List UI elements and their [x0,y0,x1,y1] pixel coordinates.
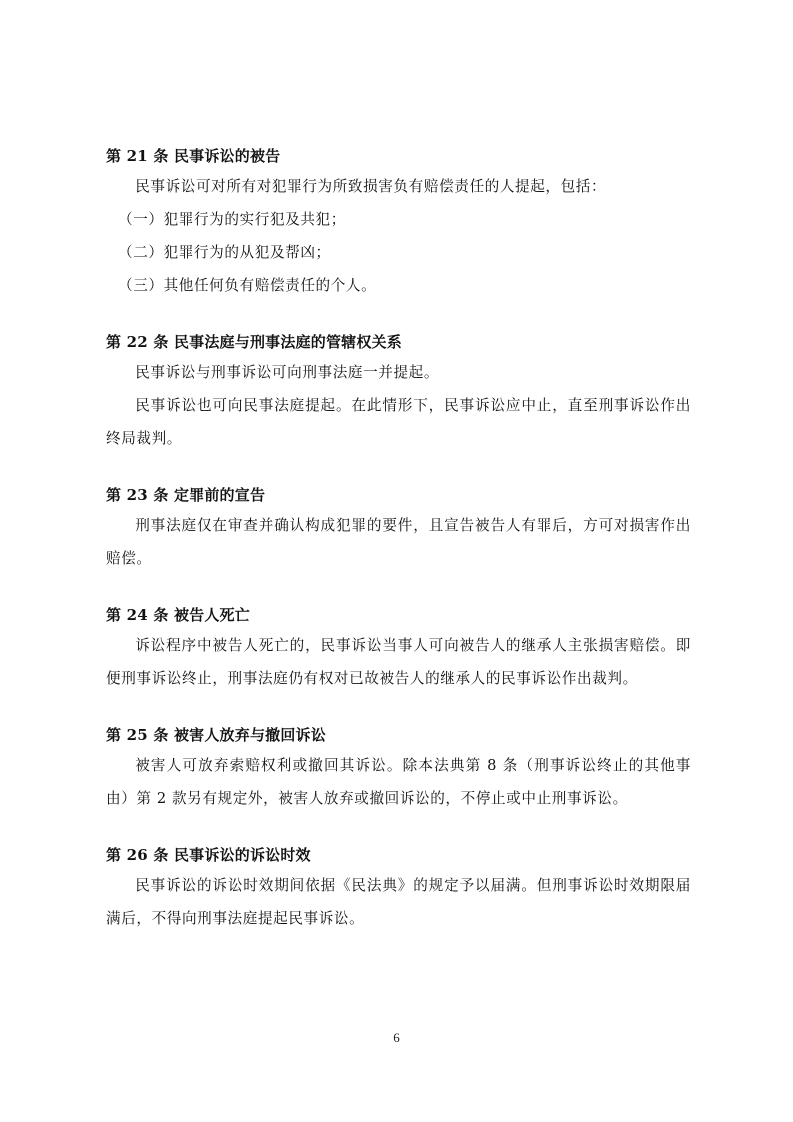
article-24: 第 24 条 被告人死亡 诉讼程序中被告人死亡的，民事诉讼当事人可向被告人的继承… [106,605,691,695]
article-heading: 第 26 条 民事诉讼的诉讼时效 [106,845,691,865]
list-item: （一）犯罪行为的实行犯及共犯； [106,203,691,236]
article-23: 第 23 条 定罪前的宣告 刑事法庭仅在审查并确认构成犯罪的要件，且宣告被告人有… [106,485,691,575]
document-page: 第 21 条 民事诉讼的被告 民事诉讼可对所有对犯罪行为所致损害负有赔偿责任的人… [0,0,793,1122]
article-paragraph: 被害人可放弃索赔权利或撤回其诉讼。除本法典第 8 条（刑事诉讼终止的其他事由）第… [106,749,691,815]
article-heading: 第 22 条 民事法庭与刑事法庭的管辖权关系 [106,332,691,352]
article-heading: 第 25 条 被害人放弃与撤回诉讼 [106,725,691,745]
article-22: 第 22 条 民事法庭与刑事法庭的管辖权关系 民事诉讼与刑事诉讼可向刑事法庭一并… [106,332,691,455]
article-26: 第 26 条 民事诉讼的诉讼时效 民事诉讼的诉讼时效期间依据《民法典》的规定予以… [106,845,691,935]
page-content: 第 21 条 民事诉讼的被告 民事诉讼可对所有对犯罪行为所致损害负有赔偿责任的人… [106,146,691,935]
article-21: 第 21 条 民事诉讼的被告 民事诉讼可对所有对犯罪行为所致损害负有赔偿责任的人… [106,146,691,302]
article-heading: 第 21 条 民事诉讼的被告 [106,146,691,166]
article-heading: 第 24 条 被告人死亡 [106,605,691,625]
list-item: （二）犯罪行为的从犯及帮凶； [106,236,691,269]
article-paragraph: 诉讼程序中被告人死亡的，民事诉讼当事人可向被告人的继承人主张损害赔偿。即便刑事诉… [106,629,691,695]
article-paragraph: 民事诉讼可对所有对犯罪行为所致损害负有赔偿责任的人提起，包括： [106,170,691,203]
article-heading: 第 23 条 定罪前的宣告 [106,485,691,505]
article-paragraph: 民事诉讼也可向民事法庭提起。在此情形下，民事诉讼应中止，直至刑事诉讼作出终局裁判… [106,389,691,455]
page-number: 6 [0,1030,793,1046]
article-paragraph: 民事诉讼的诉讼时效期间依据《民法典》的规定予以届满。但刑事诉讼时效期限届满后，不… [106,869,691,935]
list-item: （三）其他任何负有赔偿责任的个人。 [106,269,691,302]
article-paragraph: 刑事法庭仅在审查并确认构成犯罪的要件，且宣告被告人有罪后，方可对损害作出赔偿。 [106,509,691,575]
article-25: 第 25 条 被害人放弃与撤回诉讼 被害人可放弃索赔权利或撤回其诉讼。除本法典第… [106,725,691,815]
article-paragraph: 民事诉讼与刑事诉讼可向刑事法庭一并提起。 [106,356,691,389]
